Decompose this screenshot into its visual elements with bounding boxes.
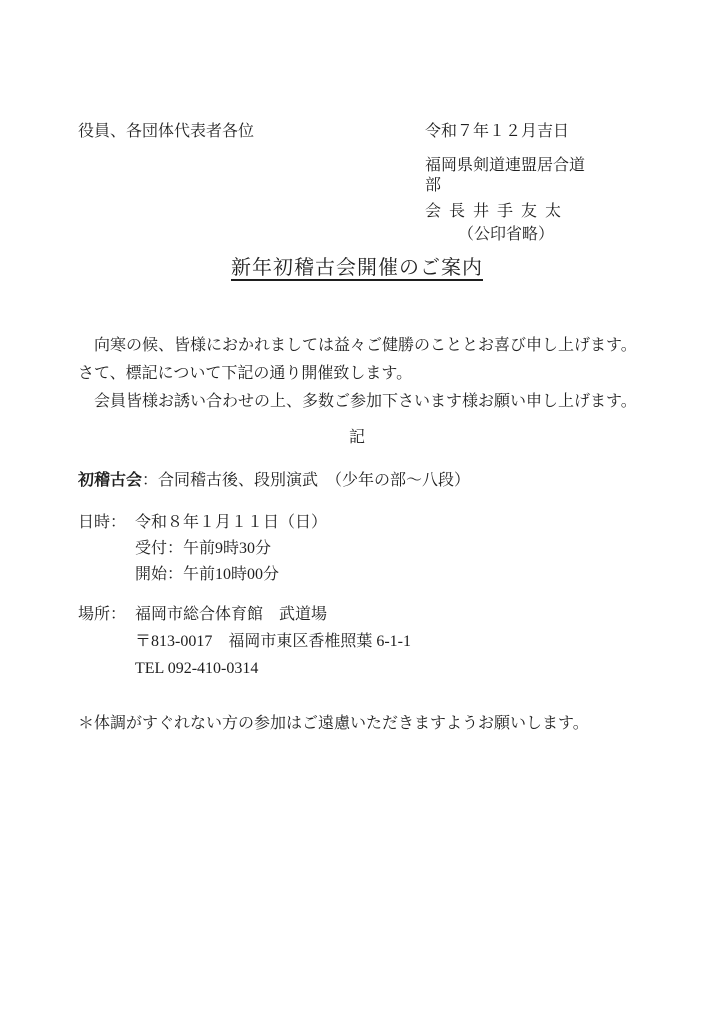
datetime-value: 令和８年１月１１日（日） [135, 514, 327, 531]
event-label: 初稽古会 [78, 472, 142, 489]
health-note: ＊体調がすぐれない方の参加はご遠慮いただきますようお願いします。 [78, 710, 589, 733]
greeting-line-1: 向寒の候、皆様におかれましては益々ご健勝のこととお喜び申し上げます。 [78, 332, 654, 360]
venue-line: 場所：福岡市総合体育館 武道場 [78, 601, 411, 628]
event-description: ：合同稽古後、段別演武 （少年の部～八段） [142, 472, 470, 489]
greeting-paragraph: 向寒の候、皆様におかれましては益々ご健勝のこととお喜び申し上げます。 さて、標記… [78, 332, 654, 416]
venue-tel: TEL 092-410-0314 [135, 655, 411, 682]
document-page: 役員、各団体代表者各位 令和７年１２月吉日 福岡県剣道連盟居合道部 会 長 井 … [0, 0, 714, 1024]
issue-date: 令和７年１２月吉日 [425, 118, 569, 141]
venue-name: 福岡市総合体育館 武道場 [135, 606, 327, 623]
greeting-line-2: さて、標記について下記の通り開催致します。 [78, 360, 654, 388]
venue-label: 場所： [78, 601, 135, 628]
venue-address: 〒813-0017 福岡市東区香椎照葉 6-1-1 [135, 628, 411, 655]
greeting-line-3: 会員皆様お誘い合わせの上、多数ご参加下さいます様お願い申し上げます。 [78, 388, 654, 416]
venue-block: 場所：福岡市総合体育館 武道場 〒813-0017 福岡市東区香椎照葉 6-1-… [78, 601, 411, 682]
record-marker: 記 [0, 424, 714, 447]
seal-omitted-note: （公印省略） [425, 225, 587, 245]
start-time: 開始：午前10時00分 [135, 562, 327, 588]
datetime-line: 日時：令和８年１月１１日（日） [78, 510, 327, 536]
recipient-line: 役員、各団体代表者各位 [78, 118, 254, 141]
sender-president-name: 会 長 井 手 友 太 [425, 202, 587, 222]
event-line: 初稽古会：合同稽古後、段別演武 （少年の部～八段） [78, 467, 470, 490]
datetime-label: 日時： [78, 510, 135, 536]
reception-time: 受付：午前9時30分 [135, 536, 327, 562]
datetime-block: 日時：令和８年１月１１日（日） 受付：午前9時30分 開始：午前10時00分 [78, 510, 327, 588]
document-title-text: 新年初稽古会開催のご案内 [231, 257, 483, 279]
sender-block: 福岡県剣道連盟居合道部 会 長 井 手 友 太 （公印省略） [425, 156, 587, 245]
document-title: 新年初稽古会開催のご案内 [0, 251, 714, 280]
sender-organization: 福岡県剣道連盟居合道部 [425, 156, 587, 196]
